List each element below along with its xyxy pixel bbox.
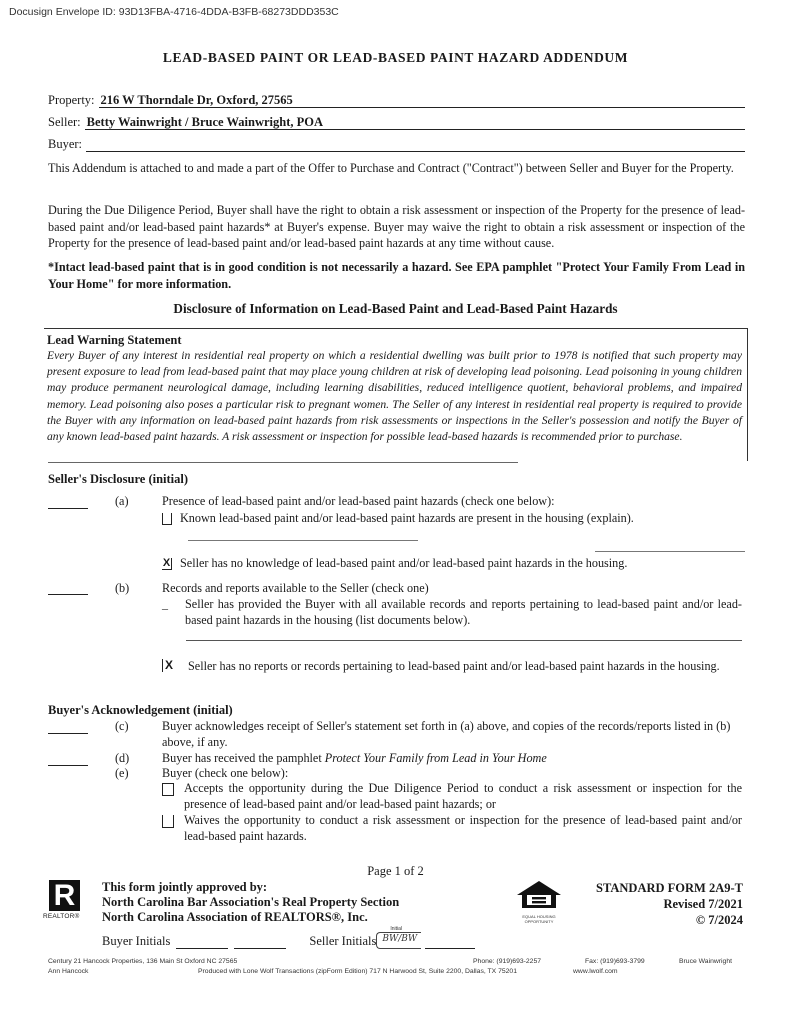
footnote-paragraph: *Intact lead-based paint that is in good… bbox=[48, 259, 745, 292]
property-value[interactable]: 216 W Thorndale Dr, Oxford, 27565 bbox=[99, 93, 745, 108]
due-diligence-paragraph: During the Due Diligence Period, Buyer s… bbox=[48, 202, 745, 252]
buyer-label: Buyer: bbox=[48, 137, 82, 152]
option-a2: X Seller has no knowledge of lead-based … bbox=[162, 556, 627, 572]
equal-housing-caption: EQUAL HOUSING OPPORTUNITY bbox=[512, 914, 566, 924]
buyer-value[interactable] bbox=[86, 137, 745, 152]
documents-list-line[interactable] bbox=[186, 640, 742, 641]
brokerage-info: Century 21 Hancock Properties, 136 Main … bbox=[48, 958, 237, 965]
buyer-field: Buyer: bbox=[48, 136, 745, 152]
document-title: LEAD-BASED PAINT OR LEAD-BASED PAINT HAZ… bbox=[0, 50, 791, 66]
fax-number: Fax: (919)693-3799 bbox=[585, 958, 645, 965]
website-link[interactable]: www.lwolf.com bbox=[573, 968, 618, 975]
seller-initials-field-2[interactable] bbox=[425, 936, 475, 949]
checkbox-accepts-opportunity[interactable] bbox=[162, 783, 174, 796]
property-field: Property: 216 W Thorndale Dr, Oxford, 27… bbox=[48, 92, 745, 108]
divider bbox=[48, 462, 518, 463]
item-e-text: Buyer (check one below): bbox=[162, 766, 288, 782]
seller-initial-b-line[interactable] bbox=[48, 594, 88, 595]
phone-number: Phone: (919)693-2257 bbox=[473, 958, 541, 965]
checkbox-no-knowledge[interactable]: X bbox=[162, 558, 172, 570]
option-a1-text: Known lead-based paint and/or lead-based… bbox=[180, 511, 634, 527]
item-c-text: Buyer acknowledges receipt of Seller's s… bbox=[162, 719, 742, 750]
realtor-caption: REALTOR® bbox=[43, 913, 80, 920]
produced-with: Produced with Lone Wolf Transactions (zi… bbox=[198, 968, 517, 975]
standard-form-number: STANDARD FORM 2A9-T bbox=[596, 880, 743, 896]
lead-warning-title: Lead Warning Statement bbox=[47, 333, 182, 348]
option-b1-text: Seller has provided the Buyer with all a… bbox=[185, 597, 742, 628]
pamphlet-title: Protect Your Family from Lead in Your Ho… bbox=[325, 751, 547, 765]
option-e1-text: Accepts the opportunity during the Due D… bbox=[184, 781, 742, 812]
item-letter-c: (c) bbox=[115, 719, 129, 734]
item-b-text: Records and reports available to the Sel… bbox=[162, 581, 429, 597]
item-letter-e: (e) bbox=[115, 766, 129, 781]
checkbox-provided-records[interactable]: _ bbox=[162, 597, 174, 612]
item-letter-d: (d) bbox=[115, 751, 129, 766]
disclosure-heading: Disclosure of Information on Lead-Based … bbox=[0, 301, 791, 317]
page-number: Page 1 of 2 bbox=[0, 864, 791, 879]
seller-initial-a-line[interactable] bbox=[48, 508, 88, 509]
item-d-text: Buyer has received the pamphlet Protect … bbox=[162, 751, 547, 767]
initial-tag: Initial bbox=[390, 926, 402, 932]
buyers-acknowledgement-heading: Buyer's Acknowledgement (initial) bbox=[48, 703, 233, 718]
option-b2-text: Seller has no reports or records pertain… bbox=[188, 659, 742, 675]
lead-warning-box: Lead Warning Statement Every Buyer of an… bbox=[44, 328, 748, 461]
option-e2-text: Waives the opportunity to conduct a risk… bbox=[184, 813, 742, 844]
lead-warning-body: Every Buyer of any interest in residenti… bbox=[47, 348, 742, 445]
transaction-name: Bruce Wainwright bbox=[679, 958, 732, 965]
buyer-initial-c-line[interactable] bbox=[48, 733, 88, 734]
item-letter-b: (b) bbox=[115, 581, 129, 596]
initials-row: Buyer Initials Seller Initials Initial B… bbox=[102, 932, 475, 949]
option-a1: Known lead-based paint and/or lead-based… bbox=[162, 511, 634, 527]
seller-value[interactable]: Betty Wainwright / Bruce Wainwright, POA bbox=[85, 115, 745, 130]
checkbox-known-lead-paint[interactable] bbox=[162, 513, 172, 525]
checkbox-waives-opportunity[interactable] bbox=[162, 815, 174, 828]
equal-housing-logo: EQUAL HOUSING OPPORTUNITY bbox=[512, 879, 566, 924]
buyer-initials-field-1[interactable] bbox=[176, 936, 228, 949]
seller-initials-label: Seller Initials bbox=[309, 934, 376, 949]
item-letter-a: (a) bbox=[115, 494, 129, 509]
approval-line-1: This form jointly approved by: bbox=[102, 880, 399, 895]
seller-initials-signature: BW/BW bbox=[382, 934, 417, 944]
intro-paragraph: This Addendum is attached to and made a … bbox=[48, 160, 745, 177]
approval-line-2: North Carolina Bar Association's Real Pr… bbox=[102, 895, 399, 910]
seller-label: Seller: bbox=[48, 115, 81, 130]
buyer-initials-label: Buyer Initials bbox=[102, 934, 170, 949]
item-d-prefix: Buyer has received the pamphlet bbox=[162, 751, 325, 765]
option-e1: Accepts the opportunity during the Due D… bbox=[162, 781, 742, 812]
option-b2: X Seller has no reports or records perta… bbox=[162, 659, 742, 675]
option-b1: _ Seller has provided the Buyer with all… bbox=[162, 597, 742, 628]
option-e2: Waives the opportunity to conduct a risk… bbox=[162, 813, 742, 844]
revised-date: Revised 7/2021 bbox=[596, 896, 743, 912]
approval-line-3: North Carolina Association of REALTORS®,… bbox=[102, 910, 399, 925]
seller-field: Seller: Betty Wainwright / Bruce Wainwri… bbox=[48, 114, 745, 130]
copyright-date: © 7/2024 bbox=[596, 912, 743, 928]
equal-housing-opportunity-icon bbox=[512, 879, 566, 909]
realtor-r-icon: R bbox=[49, 879, 80, 912]
seller-initials-field-1[interactable]: Initial BW/BW bbox=[376, 932, 421, 949]
agent-name: Ann Hancock bbox=[48, 968, 88, 975]
buyer-initials-field-2[interactable] bbox=[234, 936, 286, 949]
item-a-text: Presence of lead-based paint and/or lead… bbox=[162, 494, 555, 510]
standard-form-block: STANDARD FORM 2A9-T Revised 7/2021 © 7/2… bbox=[596, 880, 743, 928]
explain-line[interactable] bbox=[188, 540, 418, 541]
realtor-logo: R bbox=[49, 880, 80, 911]
sellers-disclosure-heading: Seller's Disclosure (initial) bbox=[48, 472, 188, 487]
property-label: Property: bbox=[48, 93, 95, 108]
option-a2-text: Seller has no knowledge of lead-based pa… bbox=[180, 556, 627, 572]
docusign-envelope-id: Docusign Envelope ID: 93D13FBA-4716-4DDA… bbox=[9, 6, 339, 18]
checkbox-no-reports[interactable]: X bbox=[162, 659, 179, 672]
explain-line-end bbox=[595, 551, 745, 552]
approval-block: This form jointly approved by: North Car… bbox=[102, 880, 399, 925]
buyer-initial-d-line[interactable] bbox=[48, 765, 88, 766]
